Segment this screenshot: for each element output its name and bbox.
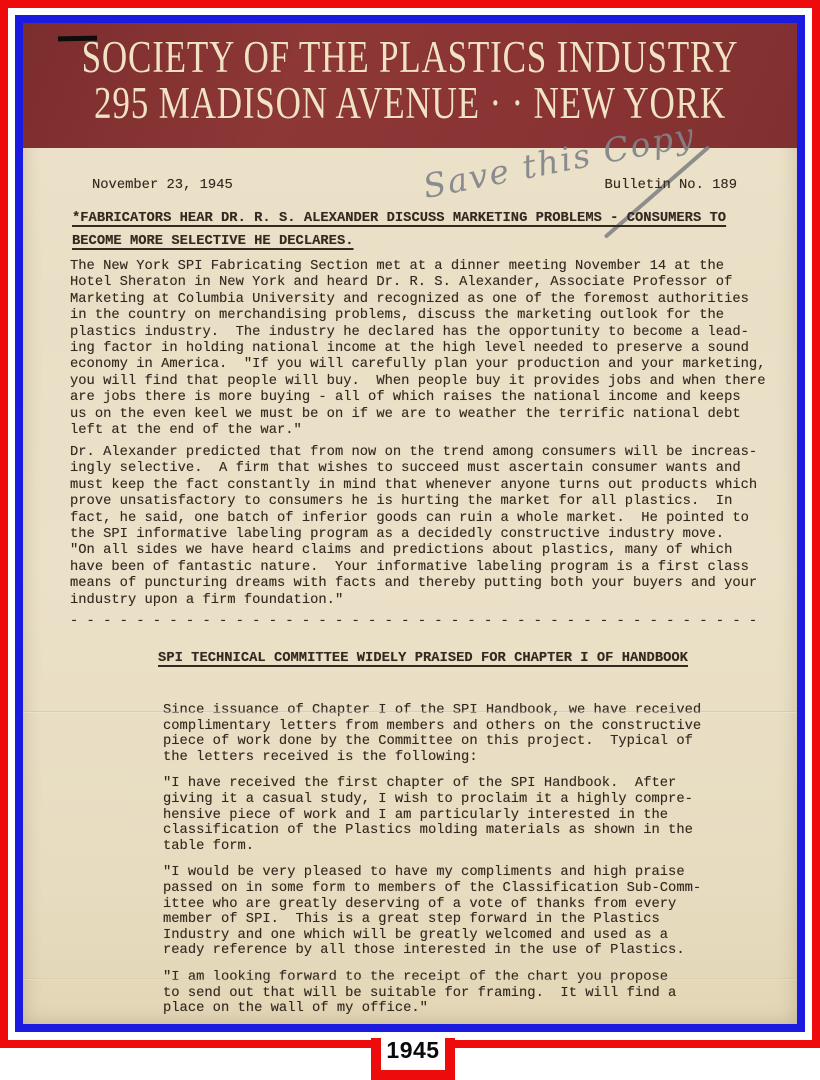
masthead-address: 295 MADISON AVENUE · · NEW YORK: [94, 81, 726, 126]
article2-headline: SPI TECHNICAL COMMITTEE WIDELY PRAISED F…: [153, 651, 693, 667]
article2-paragraph-3: "I would be very pleased to have my comp…: [163, 865, 703, 959]
paper-crease: [23, 711, 797, 713]
paper-crease: [23, 978, 797, 980]
bulletin-number: Bulletin No. 189: [605, 178, 737, 194]
year-label: 1945: [386, 1038, 439, 1062]
bulletin-document: SOCIETY OF THE PLASTICS INDUSTRY 295 MAD…: [15, 15, 805, 1032]
masthead-title: SOCIETY OF THE PLASTICS INDUSTRY: [82, 35, 739, 80]
paper-sheet: SOCIETY OF THE PLASTICS INDUSTRY 295 MAD…: [23, 23, 797, 1024]
article2-body: Since issuance of Chapter I of the SPI H…: [163, 703, 703, 1024]
dashed-separator: - - - - - - - - - - - - - - - - - - - - …: [70, 614, 757, 630]
article1-paragraph-2: Dr. Alexander predicted that from now on…: [70, 445, 757, 609]
year-tab: 1945: [371, 1038, 455, 1080]
article1-paragraph-1: The New York SPI Fabricating Section met…: [70, 259, 765, 439]
article2-paragraph-2: "I have received the first chapter of th…: [163, 776, 703, 854]
article1-headline: *FABRICATORS HEAR DR. R. S. ALEXANDER DI…: [72, 208, 726, 253]
article2-paragraph-4: "I am looking forward to the receipt of …: [163, 970, 703, 1017]
date-line: November 23, 1945: [92, 178, 233, 194]
